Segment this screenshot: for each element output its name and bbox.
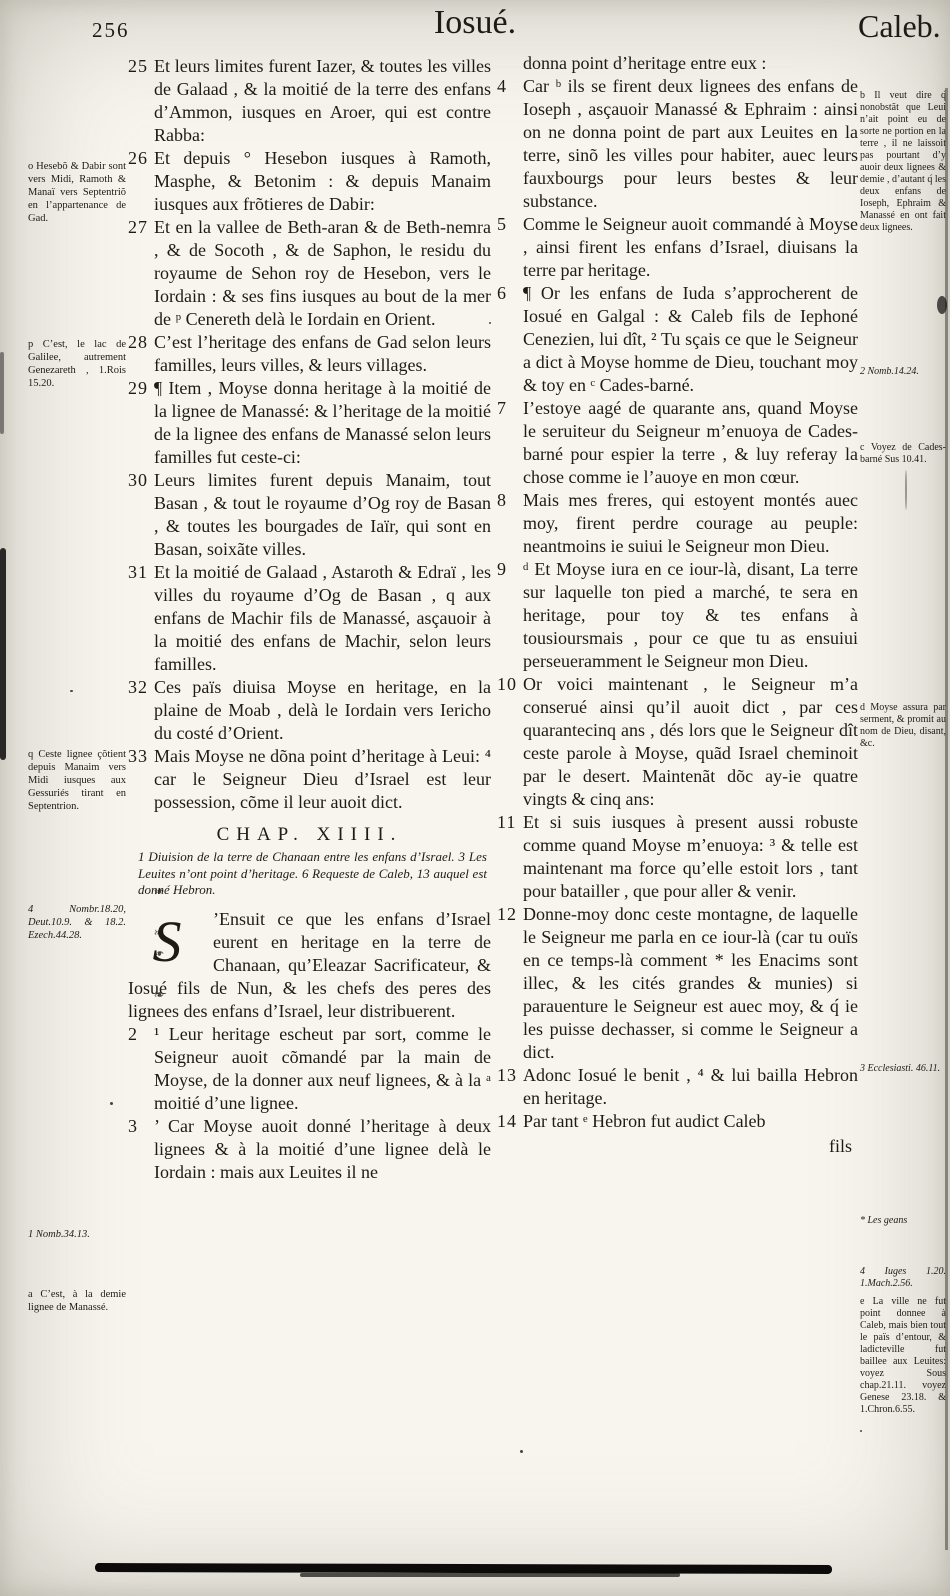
verse-text: Et depuis ° Hesebon iusques à Ramoth, Ma… <box>154 148 491 214</box>
verse-number: 29 <box>128 377 148 400</box>
verse-continuation: donna point d’heritage entre eux : <box>497 52 858 75</box>
verse-number: 31 <box>128 561 148 584</box>
scan-speck <box>905 470 907 510</box>
scanned-book-page: 256 Iosué. Caleb. o Hesebõ & Dabir sont … <box>0 0 950 1596</box>
verse-number: 13 <box>497 1064 517 1087</box>
margin-note: d Moyse assura par serment, & promit au … <box>860 702 946 750</box>
verse-number: 4 <box>497 75 507 98</box>
verse: 9 ᵈ Et Moyse iura en ce iour-là, disant,… <box>497 558 858 673</box>
verse-number: 8 <box>497 489 507 512</box>
running-head-center: Iosué. <box>0 4 950 42</box>
verse-number: 2 <box>128 1023 138 1046</box>
scan-artifact <box>0 352 4 434</box>
verse: 5 Comme le Seigneur auoit commandé à Moy… <box>497 213 858 282</box>
verse-text: Mais Moyse ne dõna point d’heritage à Le… <box>154 746 491 812</box>
verse-number: 10 <box>497 673 517 696</box>
verse-number: 14 <box>497 1110 517 1133</box>
margin-note: q Ceste lignee çõtient depuis Manaim ver… <box>28 748 126 813</box>
verse: 13 Adonc Iosué le benit , ⁴ & lui bailla… <box>497 1064 858 1110</box>
verse-text: Leurs limites furent depuis Manaim, tout… <box>154 470 491 559</box>
verse-number: 11 <box>497 811 516 834</box>
verse: 8 Mais mes freres, qui estoyent montés a… <box>497 489 858 558</box>
verse-number: 30 <box>128 469 148 492</box>
verse-text: Ces païs diuisa Moyse en heritage, en la… <box>154 677 491 743</box>
scan-artifact <box>0 548 6 760</box>
verse: 6 ¶ Or les enfans de Iuda s’approcherent… <box>497 282 858 397</box>
margin-note: 3 Ecclesiasti. 46.11. <box>860 1063 946 1075</box>
text-column-left: 25 Et leurs limites furent Iazer, & tout… <box>128 55 491 1184</box>
chapter-heading: CHAP. XIIII. <box>128 823 491 846</box>
verse-text: Et leurs limites furent Iazer, & toutes … <box>154 56 491 145</box>
verse-number: 12 <box>497 903 517 926</box>
verse-number: 5 <box>497 213 507 236</box>
margin-note: 2 Nomb.14.24. <box>860 366 946 378</box>
verse-text: Comme le Seigneur auoit commandé à Moyse… <box>523 214 858 280</box>
margin-note: o Hesebõ & Dabir sont vers Midi, Ramoth … <box>28 160 126 225</box>
verse: 33 Mais Moyse ne dõna point d’heritage à… <box>128 745 491 814</box>
verse-text: ’ Car Moyse auoit donné l’heritage à deu… <box>154 1116 491 1182</box>
margin-note: 4 Iuges 1.20. 1.Mach.2.56. <box>860 1266 946 1290</box>
verse-text: ¶ Item , Moyse donna heritage à la moiti… <box>154 378 491 467</box>
margin-note: a C’est, à la demie lignee de Manassé. <box>28 1288 126 1314</box>
verse-text: Mais mes freres, qui estoyent montés aue… <box>523 490 858 556</box>
catchword: fils <box>497 1135 858 1158</box>
verse: 25 Et leurs limites furent Iazer, & tout… <box>128 55 491 147</box>
scan-artifact <box>937 296 947 314</box>
margin-note: e La ville ne fut point donnee à Caleb, … <box>860 1296 946 1416</box>
verse-number: 25 <box>128 55 148 78</box>
verse-text: ᵈ Et Moyse iura en ce iour-là, disant, L… <box>523 559 858 671</box>
verse-text: Car ᵇ ils se firent deux lignees des enf… <box>523 76 858 211</box>
verse-number: 28 <box>128 331 148 354</box>
verse-text: Et si suis iusques à present aussi robus… <box>523 812 858 901</box>
verse-number: 3 <box>128 1115 138 1138</box>
scan-speck <box>520 1450 523 1453</box>
verse: 12 Donne-moy donc ceste montagne, de laq… <box>497 903 858 1064</box>
verse-text: Et en la vallee de Beth-aran & de Beth-n… <box>154 217 491 329</box>
verse-text: I’estoye aagé de quarante ans, quand Moy… <box>523 398 858 487</box>
verse: 10 Or voici maintenant , le Seigneur m’a… <box>497 673 858 811</box>
scan-speck <box>70 690 73 692</box>
margin-note: c Voyez de Cades-barné Sus 10.41. <box>860 442 946 466</box>
drop-cap-initial: S <box>128 911 206 977</box>
verse: 2 ¹ Leur heritage escheut par sort, comm… <box>128 1023 491 1115</box>
verse-text: Adonc Iosué le benit , ⁴ & lui bailla He… <box>523 1065 858 1108</box>
verse: 32 Ces païs diuisa Moyse en heritage, en… <box>128 676 491 745</box>
verse-text: Or voici maintenant , le Seigneur m’a co… <box>523 674 858 809</box>
text-column-right: donna point d’heritage entre eux : 4 Car… <box>497 52 858 1158</box>
verse-text: ¹ Leur heritage escheut par sort, comme … <box>154 1024 491 1113</box>
scan-speck <box>860 1430 862 1432</box>
verse: S ’Ensuit ce que les enfans d’Israel eur… <box>128 908 491 1023</box>
verse-text: Donne-moy donc ceste montagne, de laquel… <box>523 904 858 1062</box>
verse-number: 26 <box>128 147 148 170</box>
verse-text: ¶ Or les enfans de Iuda s’approcherent d… <box>523 283 858 395</box>
verse-number: 7 <box>497 397 507 420</box>
margin-note: p C’est, le lac de Galilee, autrement Ge… <box>28 338 126 390</box>
verse: 28 C’est l’heritage des enfans de Gad se… <box>128 331 491 377</box>
verse-text: Par tant ᵉ Hebron fut audict Caleb <box>523 1111 766 1131</box>
margin-note: 4 Nombr.18.20, Deut.10.9. & 18.2. Ezech.… <box>28 903 126 942</box>
running-head-right: Caleb. <box>858 8 941 45</box>
verse: 29 ¶ Item , Moyse donna heritage à la mo… <box>128 377 491 469</box>
scan-artifact <box>300 1573 680 1577</box>
verse: 11 Et si suis iusques à present aussi ro… <box>497 811 858 903</box>
margin-note: 1 Nomb.34.13. <box>28 1228 126 1241</box>
scan-artifact <box>95 1563 832 1574</box>
verse-number: 6 <box>497 282 507 305</box>
verse-text: C’est l’heritage des enfans de Gad selon… <box>154 332 491 375</box>
verse-number: 32 <box>128 676 148 699</box>
margin-note: b Il veut dire q́ nonobstãt que Leui n’a… <box>860 90 946 234</box>
verse-number: 9 <box>497 558 507 581</box>
verse: 14 Par tant ᵉ Hebron fut audict Caleb <box>497 1110 858 1133</box>
verse: 27 Et en la vallee de Beth-aran & de Bet… <box>128 216 491 331</box>
verse: 26 Et depuis ° Hesebon iusques à Ramoth,… <box>128 147 491 216</box>
verse: 31 Et la moitié de Galaad , Astaroth & E… <box>128 561 491 676</box>
verse: 30 Leurs limites furent depuis Manaim, t… <box>128 469 491 561</box>
verse-text: Et la moitié de Galaad , Astaroth & Edra… <box>154 562 491 674</box>
verse: 3 ’ Car Moyse auoit donné l’heritage à d… <box>128 1115 491 1184</box>
verse: 7 I’estoye aagé de quarante ans, quand M… <box>497 397 858 489</box>
verse-number: 33 <box>128 745 148 768</box>
margin-note: * Les geans <box>860 1215 946 1227</box>
verse: 4 Car ᵇ ils se firent deux lignees des e… <box>497 75 858 213</box>
verse-number: 27 <box>128 216 148 239</box>
scan-speck <box>110 1102 113 1105</box>
